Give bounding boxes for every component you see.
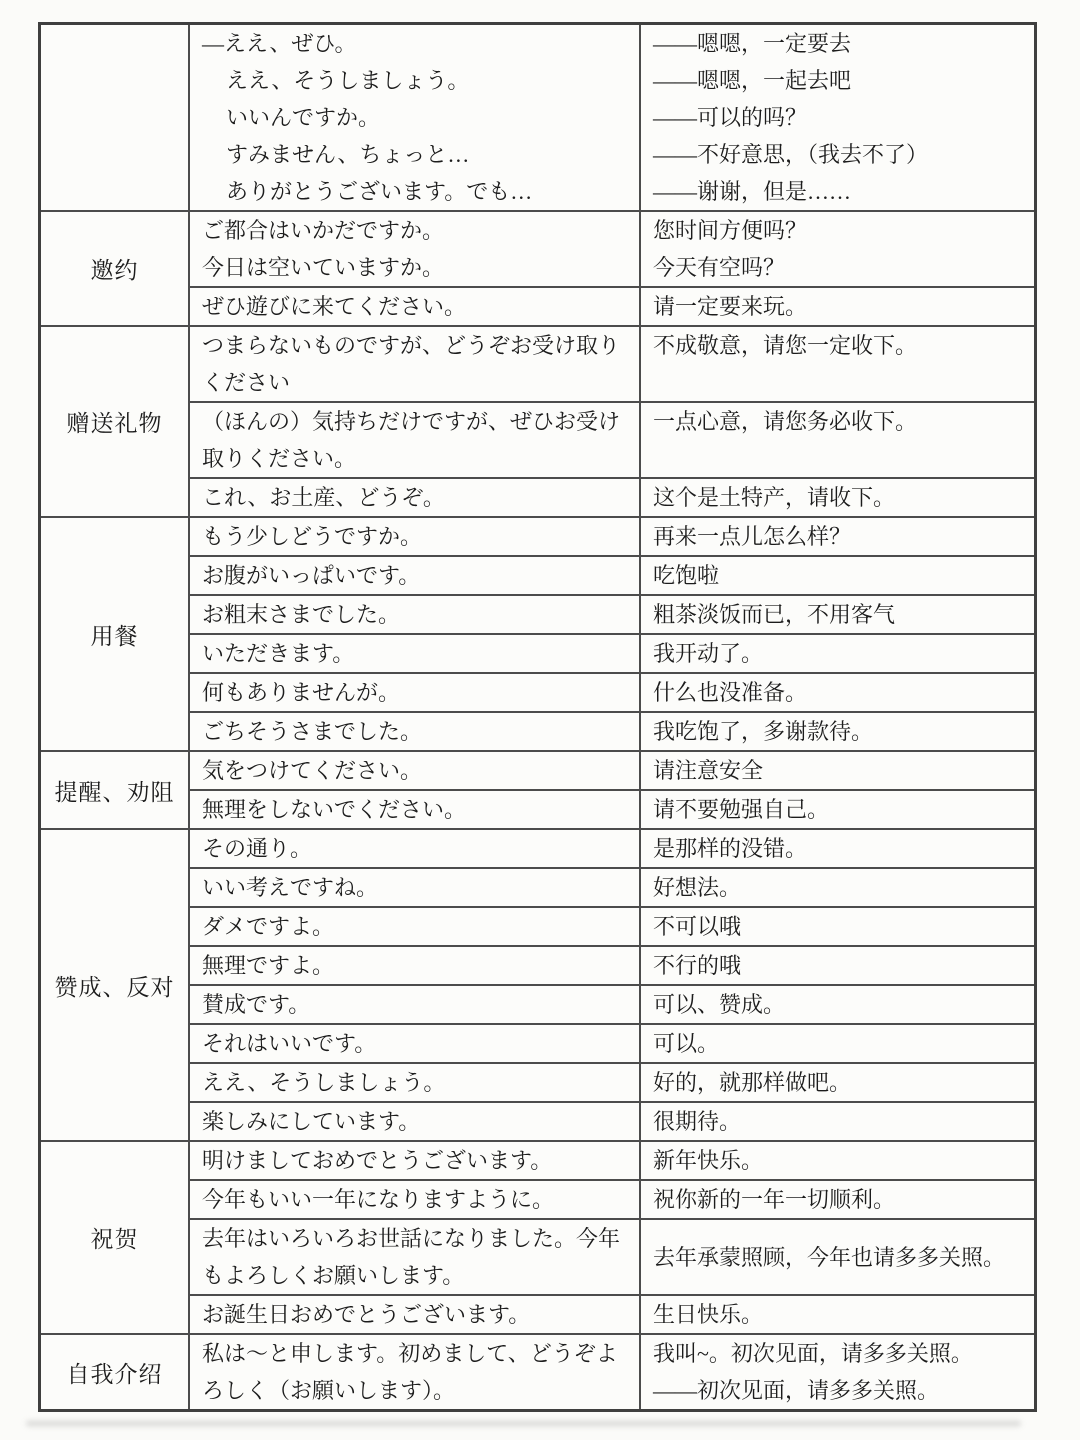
phrase-line: 吃饱啦 [641, 557, 1034, 594]
table-row: （ほんの）気持ちだけですが、ぜひお受け取りください。一点心意，请您务必收下。 [40, 402, 1036, 478]
phrase-line: 去年はいろいろお世話になりました。今年 [190, 1220, 639, 1257]
chinese-cell: 什么也没准备。 [640, 673, 1036, 712]
table-row: 用餐もう少しどうですか。再来一点儿怎么样？ [40, 517, 1036, 556]
phrase-line: その通り。 [190, 830, 639, 867]
chinese-cell: 再来一点儿怎么样？ [640, 517, 1036, 556]
phrase-line: ——可以的吗？ [641, 99, 1034, 136]
japanese-cell: ―ええ、ぜひ。ええ、そうしましょう。いいんですか。すみません、ちょっと…ありがと… [189, 24, 640, 212]
phrase-line: 明けましておめでとうございます。 [190, 1142, 639, 1179]
phrase-line: ごちそうさまでした。 [190, 713, 639, 750]
category-cell: 赠送礼物 [40, 326, 190, 517]
table-row: ―ええ、ぜひ。ええ、そうしましょう。いいんですか。すみません、ちょっと…ありがと… [40, 24, 1036, 212]
table-row: お粗末さまでした。粗茶淡饭而已，不用客气 [40, 595, 1036, 634]
phrase-line: ―ええ、ぜひ。 [190, 25, 639, 62]
phrase-line: ありがとうございます。でも… [190, 173, 639, 210]
phrase-line: 新年快乐。 [641, 1142, 1034, 1179]
japanese-cell: これ、お土産、どうぞ。 [189, 478, 640, 517]
table-row: それはいいです。可以。 [40, 1024, 1036, 1063]
chinese-cell: 好想法。 [640, 868, 1036, 907]
phrase-line: これ、お土産、どうぞ。 [190, 479, 639, 516]
phrase-line: いただきます。 [190, 635, 639, 672]
table-row: 楽しみにしています。很期待。 [40, 1102, 1036, 1141]
phrase-line: ええ、そうしましょう。 [190, 62, 639, 99]
chinese-cell: 新年快乐。 [640, 1141, 1036, 1180]
phrase-line: 可以、赞成。 [641, 986, 1034, 1023]
category-cell: 自我介绍 [40, 1334, 190, 1411]
table-row: ええ、そうしましょう。好的，就那样做吧。 [40, 1063, 1036, 1102]
chinese-cell: 不可以哦 [640, 907, 1036, 946]
phrase-line: 很期待。 [641, 1103, 1034, 1140]
phrase-line: 请不要勉强自己。 [641, 791, 1034, 828]
phrase-line: 今天有空吗？ [641, 249, 1034, 286]
phrase-line: 一点心意，请您务必收下。 [641, 403, 1034, 440]
phrase-line: いい考えですね。 [190, 869, 639, 906]
japanese-cell: ダメですよ。 [189, 907, 640, 946]
japanese-cell: 明けましておめでとうございます。 [189, 1141, 640, 1180]
phrase-line: ええ、そうしましょう。 [190, 1064, 639, 1101]
table-row: 邀约ご都合はいかだですか。今日は空いていますか。您时间方便吗？今天有空吗？ [40, 211, 1036, 287]
phrase-line: 祝你新的一年一切顺利。 [641, 1181, 1034, 1218]
japanese-cell: もう少しどうですか。 [189, 517, 640, 556]
chinese-cell: 我吃饱了，多谢款待。 [640, 712, 1036, 751]
table-row: いい考えですね。好想法。 [40, 868, 1036, 907]
phrase-line: 不可以哦 [641, 908, 1034, 945]
phrase-line: それはいいです。 [190, 1025, 639, 1062]
phrase-line: 去年承蒙照顾，今年也请多多关照。 [641, 1239, 1034, 1276]
japanese-cell: いただきます。 [189, 634, 640, 673]
scanned-document-page: ―ええ、ぜひ。ええ、そうしましょう。いいんですか。すみません、ちょっと…ありがと… [0, 0, 1080, 1440]
table-row: 無理をしないでください。请不要勉强自己。 [40, 790, 1036, 829]
phrase-line: 何もありませんが。 [190, 674, 639, 711]
phrase-line: ——嗯嗯，一定要去 [641, 25, 1034, 62]
phrase-line: 粗茶淡饭而已，不用客气 [641, 596, 1034, 633]
phrase-line: 無理をしないでください。 [190, 791, 639, 828]
chinese-cell: 您时间方便吗？今天有空吗？ [640, 211, 1036, 287]
chinese-cell: ——嗯嗯，一定要去——嗯嗯，一起去吧——可以的吗？——不好意思，（我去不了）——… [640, 24, 1036, 212]
phrase-table: ―ええ、ぜひ。ええ、そうしましょう。いいんですか。すみません、ちょっと…ありがと… [38, 22, 1037, 1412]
phrase-line: ぜひ遊びに来てください。 [190, 288, 639, 325]
japanese-cell: 無理ですよ。 [189, 946, 640, 985]
japanese-cell: ぜひ遊びに来てください。 [189, 287, 640, 326]
chinese-cell: 祝你新的一年一切顺利。 [640, 1180, 1036, 1219]
japanese-cell: ごちそうさまでした。 [189, 712, 640, 751]
chinese-cell: 请一定要来玩。 [640, 287, 1036, 326]
phrase-line: ください [190, 364, 639, 401]
japanese-cell: ええ、そうしましょう。 [189, 1063, 640, 1102]
chinese-cell: 这个是土特产，请收下。 [640, 478, 1036, 517]
table-row: 自我介绍私は～と申します。初めまして、どうぞよろしく（お願いします）。我叫~。初… [40, 1334, 1036, 1411]
table-row: 今年もいい一年になりますように。祝你新的一年一切顺利。 [40, 1180, 1036, 1219]
japanese-cell: お粗末さまでした。 [189, 595, 640, 634]
japanese-cell: お誕生日おめでとうございます。 [189, 1295, 640, 1334]
phrase-line: 楽しみにしています。 [190, 1103, 639, 1140]
japanese-cell: いい考えですね。 [189, 868, 640, 907]
phrase-line: 再来一点儿怎么样？ [641, 518, 1034, 555]
category-cell: 祝贺 [40, 1141, 190, 1334]
table-row: ぜひ遊びに来てください。请一定要来玩。 [40, 287, 1036, 326]
table-row: お腹がいっぱいです。吃饱啦 [40, 556, 1036, 595]
scan-shadow-artifact [26, 1421, 1021, 1426]
chinese-cell: 去年承蒙照顾，今年也请多多关照。 [640, 1219, 1036, 1295]
phrase-line: お誕生日おめでとうございます。 [190, 1296, 639, 1333]
phrase-line: お粗末さまでした。 [190, 596, 639, 633]
table-row: 赠送礼物つまらないものですが、どうぞお受け取りください不成敬意，请您一定收下。 [40, 326, 1036, 402]
phrase-line: 今年もいい一年になりますように。 [190, 1181, 639, 1218]
japanese-cell: その通り。 [189, 829, 640, 868]
chinese-cell: 一点心意，请您务必收下。 [640, 402, 1036, 478]
table-row: お誕生日おめでとうございます。生日快乐。 [40, 1295, 1036, 1334]
table-row: ごちそうさまでした。我吃饱了，多谢款待。 [40, 712, 1036, 751]
table-row: 赞成、反对その通り。是那样的没错。 [40, 829, 1036, 868]
phrase-line: 無理ですよ。 [190, 947, 639, 984]
phrase-line: 这个是土特产，请收下。 [641, 479, 1034, 516]
phrase-line: もう少しどうですか。 [190, 518, 639, 555]
phrase-line: 不成敬意，请您一定收下。 [641, 327, 1034, 364]
table-row: 何もありませんが。什么也没准备。 [40, 673, 1036, 712]
phrase-line: 可以。 [641, 1025, 1034, 1062]
japanese-cell: お腹がいっぱいです。 [189, 556, 640, 595]
phrase-line: つまらないものですが、どうぞお受け取り [190, 327, 639, 364]
table-row: 提醒、劝阻気をつけてください。请注意安全 [40, 751, 1036, 790]
phrase-line: 您时间方便吗？ [641, 212, 1034, 249]
phrase-line: 不行的哦 [641, 947, 1034, 984]
japanese-cell: つまらないものですが、どうぞお受け取りください [189, 326, 640, 402]
phrase-line: 私は～と申します。初めまして、どうぞよ [190, 1335, 639, 1372]
chinese-cell: 不成敬意，请您一定收下。 [640, 326, 1036, 402]
category-cell: 赞成、反对 [40, 829, 190, 1141]
chinese-cell: 很期待。 [640, 1102, 1036, 1141]
phrase-line: 是那样的没错。 [641, 830, 1034, 867]
japanese-cell: 去年はいろいろお世話になりました。今年もよろしくお願いします。 [189, 1219, 640, 1295]
japanese-cell: 私は～と申します。初めまして、どうぞよろしく（お願いします）。 [189, 1334, 640, 1411]
phrase-line: ——初次见面，请多多关照。 [641, 1372, 1034, 1409]
phrase-line: （ほんの）気持ちだけですが、ぜひお受け [190, 403, 639, 440]
phrase-line: 賛成です。 [190, 986, 639, 1023]
chinese-cell: 请注意安全 [640, 751, 1036, 790]
japanese-cell: 今年もいい一年になりますように。 [189, 1180, 640, 1219]
phrase-line: ——不好意思，（我去不了） [641, 136, 1034, 173]
phrase-line: すみません、ちょっと… [190, 136, 639, 173]
phrase-line: 取りください。 [190, 440, 639, 477]
chinese-cell: 可以。 [640, 1024, 1036, 1063]
category-cell [40, 24, 190, 212]
table-row: ダメですよ。不可以哦 [40, 907, 1036, 946]
japanese-cell: 無理をしないでください。 [189, 790, 640, 829]
phrase-line: もよろしくお願いします。 [190, 1257, 639, 1294]
phrase-line: ダメですよ。 [190, 908, 639, 945]
phrase-line: 好想法。 [641, 869, 1034, 906]
phrase-line: 好的，就那样做吧。 [641, 1064, 1034, 1101]
phrase-line: 什么也没准备。 [641, 674, 1034, 711]
table-row: これ、お土産、どうぞ。这个是土特产，请收下。 [40, 478, 1036, 517]
table-row: 去年はいろいろお世話になりました。今年もよろしくお願いします。去年承蒙照顾，今年… [40, 1219, 1036, 1295]
phrase-line: お腹がいっぱいです。 [190, 557, 639, 594]
phrase-line: ろしく（お願いします）。 [190, 1372, 639, 1409]
category-cell: 用餐 [40, 517, 190, 751]
japanese-cell: （ほんの）気持ちだけですが、ぜひお受け取りください。 [189, 402, 640, 478]
chinese-cell: 请不要勉强自己。 [640, 790, 1036, 829]
japanese-cell: 気をつけてください。 [189, 751, 640, 790]
chinese-cell: 吃饱啦 [640, 556, 1036, 595]
phrase-line: 我叫~。初次见面，请多多关照。 [641, 1335, 1034, 1372]
japanese-cell: 楽しみにしています。 [189, 1102, 640, 1141]
chinese-cell: 我叫~。初次见面，请多多关照。——初次见面，请多多关照。 [640, 1334, 1036, 1411]
japanese-cell: 何もありませんが。 [189, 673, 640, 712]
phrase-table-body: ―ええ、ぜひ。ええ、そうしましょう。いいんですか。すみません、ちょっと…ありがと… [40, 24, 1036, 1411]
japanese-cell: それはいいです。 [189, 1024, 640, 1063]
chinese-cell: 不行的哦 [640, 946, 1036, 985]
phrase-line: 我吃饱了，多谢款待。 [641, 713, 1034, 750]
table-row: 賛成です。可以、赞成。 [40, 985, 1036, 1024]
chinese-cell: 好的，就那样做吧。 [640, 1063, 1036, 1102]
phrase-line: 我开动了。 [641, 635, 1034, 672]
phrase-line: いいんですか。 [190, 99, 639, 136]
japanese-cell: ご都合はいかだですか。今日は空いていますか。 [189, 211, 640, 287]
chinese-cell: 我开动了。 [640, 634, 1036, 673]
table-row: 祝贺明けましておめでとうございます。新年快乐。 [40, 1141, 1036, 1180]
phrase-line: 今日は空いていますか。 [190, 249, 639, 286]
chinese-cell: 生日快乐。 [640, 1295, 1036, 1334]
table-row: 無理ですよ。不行的哦 [40, 946, 1036, 985]
phrase-line: ご都合はいかだですか。 [190, 212, 639, 249]
phrase-line: ——谢谢，但是…… [641, 173, 1034, 210]
chinese-cell: 是那样的没错。 [640, 829, 1036, 868]
category-cell: 邀约 [40, 211, 190, 326]
chinese-cell: 粗茶淡饭而已，不用客气 [640, 595, 1036, 634]
japanese-cell: 賛成です。 [189, 985, 640, 1024]
phrase-line: 生日快乐。 [641, 1296, 1034, 1333]
category-cell: 提醒、劝阻 [40, 751, 190, 829]
phrase-line: 请一定要来玩。 [641, 288, 1034, 325]
phrase-line: 気をつけてください。 [190, 752, 639, 789]
table-row: いただきます。我开动了。 [40, 634, 1036, 673]
phrase-line: 请注意安全 [641, 752, 1034, 789]
chinese-cell: 可以、赞成。 [640, 985, 1036, 1024]
phrase-line: ——嗯嗯，一起去吧 [641, 62, 1034, 99]
